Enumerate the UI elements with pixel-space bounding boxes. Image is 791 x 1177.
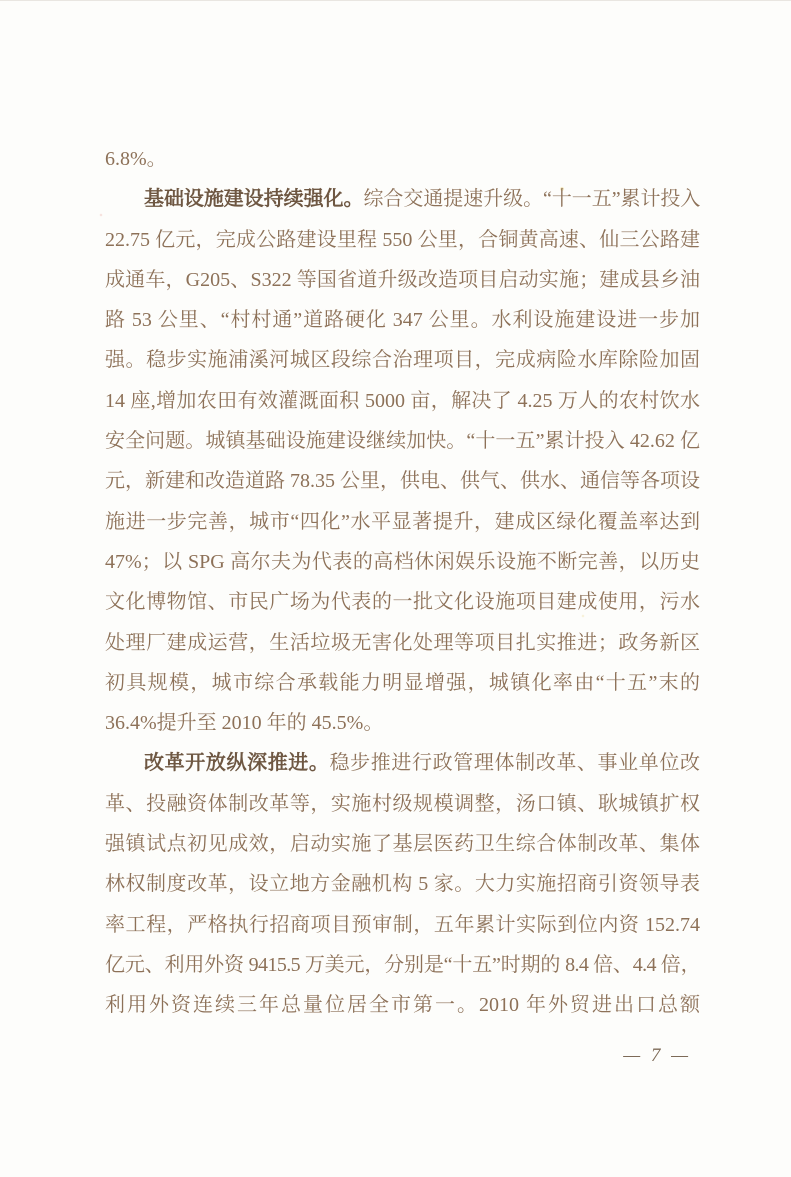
text-line-content: 率工程，严格执行招商项目预审制，五年累计实际到位内资 152.74 (105, 914, 700, 936)
text-line-content: 36.4%提升至 2010 年的 45.5%。 (105, 712, 383, 734)
text-line-content: 亿元、利用外资 9415.5 万美元，分别是“十五”时期的 8.4 倍、4.4 … (105, 954, 700, 976)
text-line: 施进一步完善，城市“四化”水平显著提升，建成区绿化覆盖率达到 (105, 502, 700, 542)
text-line-content: 安全问题。城镇基础设施建设继续加快。“十一五”累计投入 42.62 亿 (105, 430, 700, 452)
text-line: 林权制度改革，设立地方金融机构 5 家。大力实施招商引资领导表 (105, 864, 700, 904)
paragraph-lead: 基础设施建设持续强化。 (144, 188, 363, 210)
text-line: 6.8%。 (105, 139, 700, 179)
text-line: 处理厂建成运营，生活垃圾无害化处理等项目扎实推进；政务新区 (105, 623, 700, 663)
text-line-content: 利用外资连续三年总量位居全市第一。2010 年外贸进出口总额 (105, 994, 700, 1016)
text-line: 亿元、利用外资 9415.5 万美元，分别是“十五”时期的 8.4 倍、4.4 … (105, 945, 700, 985)
page-body-text: 6.8%。 基础设施建设持续强化。综合交通提速升级。“十一五”累计投入 22.7… (105, 139, 700, 1026)
text-line-content: 林权制度改革，设立地方金融机构 5 家。大力实施招商引资领导表 (105, 873, 700, 895)
text-line-content: 22.75 亿元，完成公路建设里程 550 公里，合铜黄高速、仙三公路建 (105, 229, 700, 251)
text-line: 利用外资连续三年总量位居全市第一。2010 年外贸进出口总额 (105, 985, 700, 1025)
page-number: — 7 — (623, 1043, 691, 1069)
text-line: 22.75 亿元，完成公路建设里程 550 公里，合铜黄高速、仙三公路建 (105, 220, 700, 260)
text-line-content: 施进一步完善，城市“四化”水平显著提升，建成区绿化覆盖率达到 (105, 511, 700, 533)
text-line: 强镇试点初见成效，启动实施了基层医药卫生综合体制改革、集体 (105, 824, 700, 864)
paragraph-lead: 改革开放纵深推进。 (144, 752, 330, 774)
text-line-content: 成通车，G205、S322 等国省道升级改造项目启动实施；建成县乡油 (105, 269, 700, 291)
text-line-content: 6.8%。 (105, 148, 167, 170)
text-line: 元，新建和改造道路 78.35 公里，供电、供气、供水、通信等各项设 (105, 461, 700, 501)
text-line: 路 53 公里、“村村通”道路硬化 347 公里。水利设施建设进一步加 (105, 300, 700, 340)
text-line: 14 座,增加农田有效灌溉面积 5000 亩，解决了 4.25 万人的农村饮水 (105, 381, 700, 421)
text-line: 革、投融资体制改革等，实施村级规模调整，汤口镇、耿城镇扩权 (105, 784, 700, 824)
text-line: 改革开放纵深推进。稳步推进行政管理体制改革、事业单位改 (105, 743, 700, 783)
text-line-content: 47%；以 SPG 高尔夫为代表的高档休闲娱乐设施不断完善，以历史 (105, 551, 700, 573)
text-line-content: 初具规模，城市综合承载能力明显增强，城镇化率由“十五”末的 (105, 672, 700, 694)
text-line: 47%；以 SPG 高尔夫为代表的高档休闲娱乐设施不断完善，以历史 (105, 542, 700, 582)
text-line: 安全问题。城镇基础设施建设继续加快。“十一五”累计投入 42.62 亿 (105, 421, 700, 461)
text-line: 强。稳步实施浦溪河城区段综合治理项目，完成病险水库除险加固 (105, 340, 700, 380)
text-line: 率工程，严格执行招商项目预审制，五年累计实际到位内资 152.74 (105, 905, 700, 945)
text-line-content: 强。稳步实施浦溪河城区段综合治理项目，完成病险水库除险加固 (105, 349, 700, 371)
text-line: 初具规模，城市综合承载能力明显增强，城镇化率由“十五”末的 (105, 663, 700, 703)
document-page: 6.8%。 基础设施建设持续强化。综合交通提速升级。“十一五”累计投入 22.7… (0, 0, 791, 1177)
text-line-content: 革、投融资体制改革等，实施村级规模调整，汤口镇、耿城镇扩权 (105, 793, 700, 815)
text-line-content: 综合交通提速升级。“十一五”累计投入 (363, 188, 700, 210)
text-line: 文化博物馆、市民广场为代表的一批文化设施项目建成使用，污水 (105, 582, 700, 622)
text-line-content: 强镇试点初见成效，启动实施了基层医药卫生综合体制改革、集体 (105, 833, 700, 855)
text-line: 基础设施建设持续强化。综合交通提速升级。“十一五”累计投入 (105, 179, 700, 219)
text-line-content: 路 53 公里、“村村通”道路硬化 347 公里。水利设施建设进一步加 (105, 309, 700, 331)
text-line-content: 14 座,增加农田有效灌溉面积 5000 亩，解决了 4.25 万人的农村饮水 (105, 390, 700, 412)
text-line: 成通车，G205、S322 等国省道升级改造项目启动实施；建成县乡油 (105, 260, 700, 300)
text-line-content: 稳步推进行政管理体制改革、事业单位改 (330, 752, 700, 774)
text-line-content: 文化博物馆、市民广场为代表的一批文化设施项目建成使用，污水 (105, 591, 700, 613)
text-line-content: 元，新建和改造道路 78.35 公里，供电、供气、供水、通信等各项设 (105, 470, 700, 492)
text-line: 36.4%提升至 2010 年的 45.5%。 (105, 703, 700, 743)
text-line-content: 处理厂建成运营，生活垃圾无害化处理等项目扎实推进；政务新区 (105, 632, 700, 654)
